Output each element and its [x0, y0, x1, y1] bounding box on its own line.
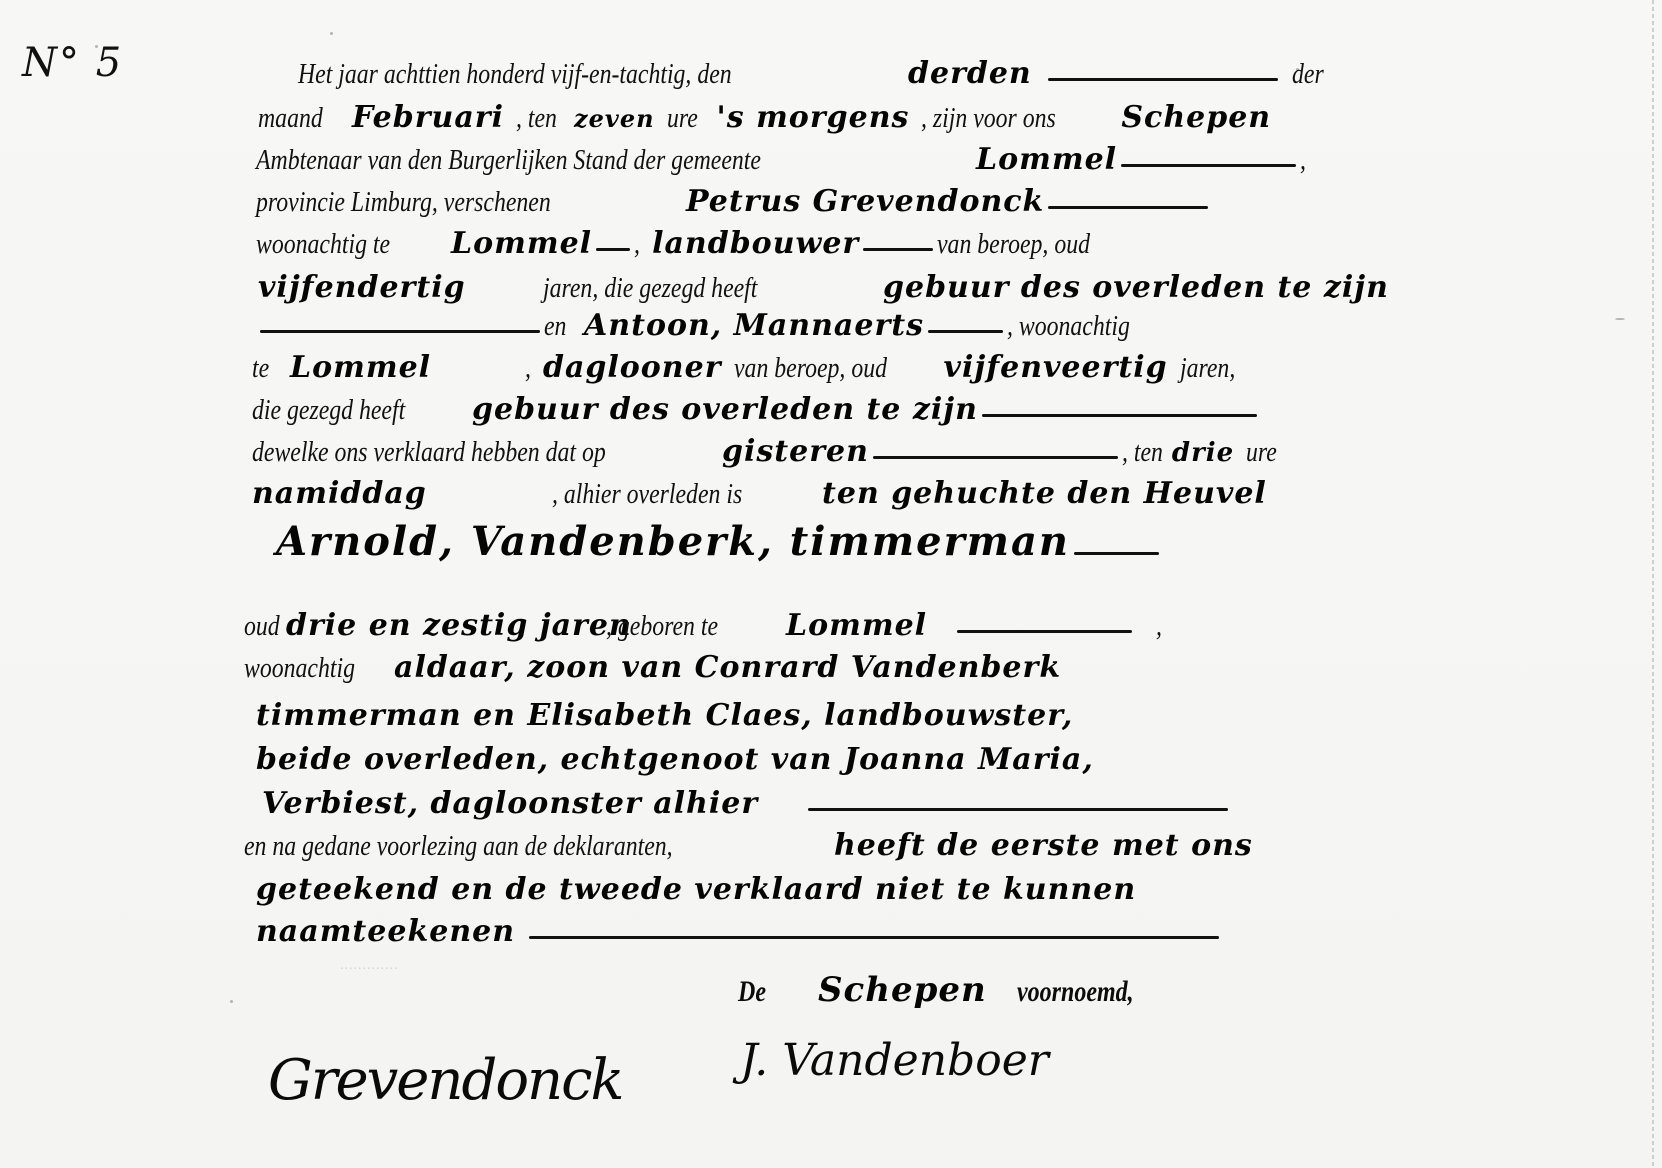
handwritten-parents-father: aldaar, zoon van Conrard Vandenberk [394, 650, 1061, 685]
handwritten-declarant-1-name: Petrus Grevendonck [686, 184, 1044, 219]
text-line-14: woonachtig aldaar, zoon van Conrard Vand… [244, 650, 1061, 685]
printed-text: voornoemd, [1017, 975, 1134, 1009]
handwritten-relation: gebuur des overleden te zijn [883, 270, 1389, 305]
printed-text: , geboren te [606, 610, 718, 643]
handwritten-hour: zeven [574, 104, 655, 133]
printed-text: , [634, 228, 640, 261]
handwritten-time-of-day: 's morgens [717, 100, 910, 135]
printed-text: , zijn voor ons [921, 102, 1056, 135]
printed-text: woonachtig te [256, 228, 390, 261]
handwritten-municipality: Lommel [976, 142, 1117, 177]
printed-text: oud [244, 610, 280, 643]
bleed-through-text: ............. [340, 958, 399, 974]
fill-line [1048, 78, 1278, 81]
printed-text: , alhier overleden is [552, 478, 742, 511]
printed-text: maand [258, 102, 323, 135]
handwritten-spouse-details: Verbiest, dagloonster alhier [262, 786, 758, 821]
entry-number: N° 5 [22, 40, 123, 86]
printed-text: , [1300, 144, 1306, 177]
fill-line [1121, 164, 1296, 167]
handwritten-time-of-day: namiddag [252, 476, 552, 511]
handwritten-month: Februari [352, 100, 504, 135]
speck [230, 1000, 233, 1003]
text-line-5: woonachtig te Lommel , landbouwer van be… [256, 226, 1124, 261]
text-line-17: Verbiest, dagloonster alhier [262, 786, 1232, 821]
fill-line [982, 414, 1257, 417]
handwritten-residence: Lommel [451, 226, 592, 261]
fill-line [529, 936, 1219, 939]
fill-line [863, 248, 933, 251]
handwritten-signing-note: heeft de eerste met ons [834, 828, 1253, 863]
handwritten-official-title: Schepen [818, 970, 987, 1010]
fill-line [808, 808, 1228, 811]
handwritten-hour: drie [1172, 438, 1234, 468]
text-line-16: beide overleden, echtgenoot van Joanna M… [256, 742, 1094, 777]
handwritten-signing-note: naamteekenen [256, 914, 515, 949]
printed-text: dewelke ons verklaard hebben dat op [252, 436, 606, 469]
handwritten-parents-mother: timmerman en Elisabeth Claes, landbouwst… [256, 698, 1073, 733]
handwritten-birthplace: Lommel [786, 608, 927, 643]
handwritten-declarant-2-name: Antoon, Mannaerts [584, 308, 924, 343]
document-page: ............. N° 5 Het jaar achttien hon… [0, 0, 1662, 1168]
text-line-6: vijfendertig jaren, die gezegd heeft geb… [258, 270, 1389, 305]
printed-text: jaren, [1180, 352, 1235, 385]
text-line-15: timmerman en Elisabeth Claes, landbouwst… [256, 698, 1073, 733]
text-line-13: oud drie en zestig jaren , geboren te Lo… [244, 608, 1163, 643]
printed-text: , [525, 352, 531, 385]
handwritten-day: derden [908, 56, 1032, 91]
printed-text: en [544, 310, 566, 343]
speck [1615, 318, 1625, 320]
text-line-8: te Lommel , daglooner van beroep, oud vi… [252, 350, 1247, 385]
handwritten-residence: Lommel [290, 350, 525, 385]
printed-text: Ambtenaar van den Burgerlijken Stand der… [256, 144, 761, 177]
handwritten-age: vijfendertig [258, 270, 543, 305]
printed-text: van beroep, oud [937, 228, 1090, 261]
printed-text: , [1156, 610, 1162, 643]
closing-line: De Schepen voornoemd, [738, 970, 1163, 1010]
printed-text: woonachtig [244, 652, 355, 685]
printed-text: provincie Limburg, verschenen [256, 186, 551, 219]
printed-text: ure [1246, 436, 1277, 469]
printed-text: , ten [516, 102, 557, 135]
handwritten-official-title: Schepen [1121, 100, 1271, 135]
handwritten-day-of-death: gisteren [722, 434, 869, 469]
text-line-12-deceased: Arnold, Vandenberk, timmerman [276, 518, 1163, 565]
text-line-11: namiddag , alhier overleden is ten gehuc… [252, 476, 1267, 511]
text-line-3: Ambtenaar van den Burgerlijken Stand der… [256, 142, 1307, 177]
text-line-10: dewelke ons verklaard hebben dat op gist… [252, 434, 1284, 469]
printed-text: , woonachtig [1007, 310, 1130, 343]
handwritten-relation: gebuur des overleden te zijn [472, 392, 978, 427]
printed-text: , ten [1122, 436, 1163, 469]
text-line-9: die gezegd heeft gebuur des overleden te… [252, 392, 1261, 427]
fill-line [1074, 552, 1159, 555]
fill-line [596, 248, 630, 251]
handwritten-occupation: daglooner [543, 350, 722, 385]
printed-text: die gezegd heeft [252, 394, 405, 427]
fill-line [260, 330, 540, 333]
handwritten-age: vijfenveertig [944, 350, 1168, 385]
text-line-19: geteekend en de tweede verklaard niet te… [256, 872, 1136, 907]
fill-line [928, 330, 1003, 333]
printed-text: der [1292, 58, 1324, 91]
handwritten-place-of-death: ten gehuchte den Heuvel [822, 476, 1267, 511]
printed-text: van beroep, oud [734, 352, 887, 385]
handwritten-age: drie en zestig jaren [286, 608, 606, 643]
text-line-1: Het jaar achttien honderd vijf-en-tachti… [298, 56, 1330, 91]
handwritten-signing-note: geteekend en de tweede verklaard niet te… [256, 872, 1136, 907]
printed-text: De [738, 975, 786, 1009]
speck [330, 32, 333, 35]
signature-official: J. Vandenboer [740, 1035, 1049, 1086]
handwritten-spouse: beide overleden, echtgenoot van Joanna M… [256, 742, 1094, 777]
handwritten-deceased-name: Arnold, Vandenberk, timmerman [276, 518, 1070, 565]
printed-text: ure [667, 102, 698, 135]
text-line-20: naamteekenen [256, 914, 1223, 949]
text-line-4: provincie Limburg, verschenen Petrus Gre… [256, 184, 1212, 219]
printed-text: Het jaar achttien honderd vijf-en-tachti… [298, 58, 732, 91]
text-line-2: maand Februari , ten zeven ure 's morgen… [258, 100, 1271, 135]
text-line-18: en na gedane voorlezing aan de deklarant… [244, 828, 1253, 863]
printed-text: jaren, die gezegd heeft [543, 272, 757, 305]
fill-line [873, 456, 1118, 459]
handwritten-occupation: landbouwer [652, 226, 859, 261]
text-line-7: en Antoon, Mannaerts , woonachtig [256, 308, 1157, 343]
page-edge [1652, 0, 1654, 1168]
fill-line [1048, 206, 1208, 209]
printed-text: en na gedane voorlezing aan de deklarant… [244, 830, 673, 863]
fill-line [957, 630, 1132, 633]
printed-text: te [252, 352, 269, 385]
signature-declarant: Grevendonck [268, 1048, 622, 1113]
